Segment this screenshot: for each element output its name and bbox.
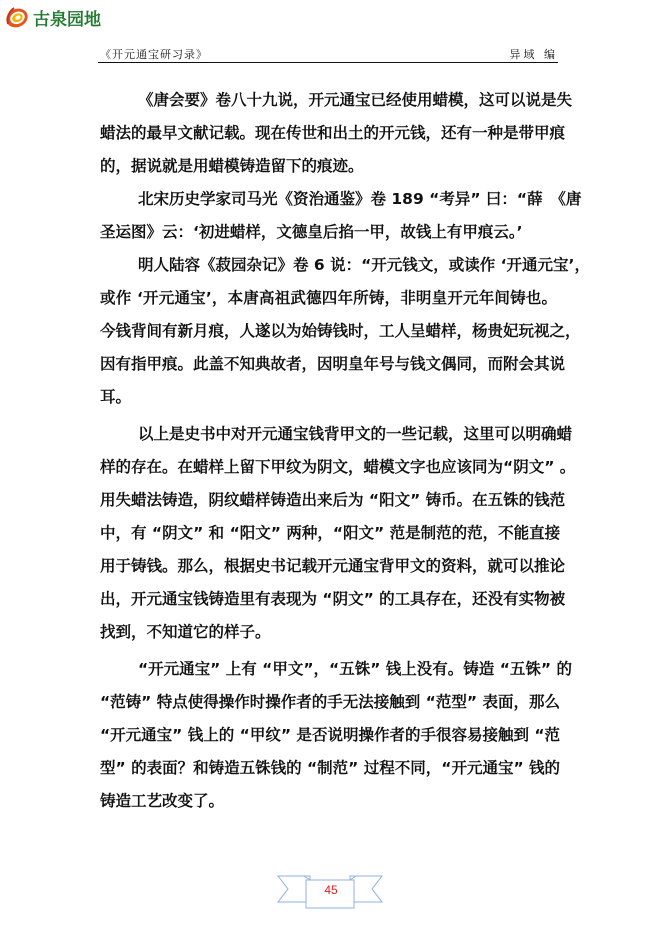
text-line: 用失蜡法铸造，阴纹蜡样铸造出来后为 “阳文” 铸币。在五铢的钱范 — [100, 488, 557, 521]
text-line: 耳。 — [100, 385, 557, 418]
paragraph-2: 北宋历史学家司马光《资治通鉴》卷 189 “考异” 曰：“薛 《唐 圣运图》云：… — [100, 187, 557, 253]
page-header: 《开元通宝研习录》 异域 编 — [98, 44, 558, 63]
author-credit: 异域 编 — [510, 46, 559, 62]
text-line: 中，有 “阴文” 和 “阳文” 两种，“阳文” 范是制范的范，不能直接 — [100, 521, 557, 554]
text-line: “开元通宝” 钱上的 “甲纹” 是否说明操作者的手很容易接触到 “范 — [100, 723, 557, 756]
paragraph-1: 《唐会要》卷八十九说，开元通宝已经使用蜡模，这可以说是失 蜡法的最早文献记载。现… — [100, 88, 557, 187]
text-line: 的，据说就是用蜡模铸造留下的痕迹。 — [100, 154, 557, 187]
text-line: 《唐会要》卷八十九说，开元通宝已经使用蜡模，这可以说是失 — [100, 88, 557, 121]
paragraph-4: 以上是史书中对开元通宝钱背甲文的一些记载，这里可以明确蜡 样的存在。在蜡样上留下… — [100, 422, 557, 653]
page-number: 45 — [320, 883, 342, 897]
text-line: 找到，不知道它的样子。 — [100, 620, 557, 653]
spiral-coin-logo-icon — [4, 4, 30, 30]
text-line: 以上是史书中对开元通宝钱背甲文的一些记载，这里可以明确蜡 — [100, 422, 557, 455]
text-line: 或作 ‘开元通宝’，本唐高祖武德四年所铸，非明皇开元年间铸也。 — [100, 286, 557, 319]
text-line: 铸造工艺改变了。 — [100, 789, 557, 822]
text-line: 样的存在。在蜡样上留下甲纹为阴文，蜡模文字也应该同为“阴文” 。 — [100, 455, 557, 488]
text-line: 因有指甲痕。此盖不知典故者，因明皇年号与钱文偶同，而附会其说 — [100, 352, 557, 385]
page-number-ribbon: 45 — [276, 872, 384, 912]
text-line: “范铸” 特点使得操作时操作者的手无法接触到 “范型” 表面，那么 — [100, 690, 557, 723]
text-line: 型” 的表面？和铸造五铢钱的 “制范” 过程不同，“开元通宝” 钱的 — [100, 756, 557, 789]
site-logo: 古泉园地 — [4, 4, 101, 30]
paragraph-3: 明人陆容《菽园杂记》卷 6 说：“开元钱文，或读作 ‘开通元宝’， 或作 ‘开元… — [100, 253, 557, 418]
text-line: 明人陆容《菽园杂记》卷 6 说：“开元钱文，或读作 ‘开通元宝’， — [100, 253, 557, 286]
text-line: 用于铸钱。那么，根据史书记载开元通宝背甲文的资料，就可以推论 — [100, 554, 557, 587]
text-line: 出，开元通宝钱铸造里有表现为 “阴文” 的工具存在，还没有实物被 — [100, 587, 557, 620]
text-line: 圣运图》云：‘初进蜡样，文德皇后掐一甲，故钱上有甲痕云。’ — [100, 220, 557, 253]
paragraph-5: “开元通宝” 上有 “甲文”，“五铢” 钱上没有。铸造 “五铢” 的 “范铸” … — [100, 657, 557, 822]
text-line: “开元通宝” 上有 “甲文”，“五铢” 钱上没有。铸造 “五铢” 的 — [100, 657, 557, 690]
text-line: 今钱背间有新月痕，人遂以为始铸钱时，工人呈蜡样，杨贵妃玩视之， — [100, 319, 557, 352]
text-line: 蜡法的最早文献记载。现在传世和出土的开元钱，还有一种是带甲痕 — [100, 121, 557, 154]
logo-text: 古泉园地 — [33, 5, 101, 30]
document-body: 《唐会要》卷八十九说，开元通宝已经使用蜡模，这可以说是失 蜡法的最早文献记载。现… — [100, 88, 557, 822]
book-title: 《开元通宝研习录》 — [100, 46, 208, 62]
text-line: 北宋历史学家司马光《资治通鉴》卷 189 “考异” 曰：“薛 《唐 — [100, 187, 557, 220]
